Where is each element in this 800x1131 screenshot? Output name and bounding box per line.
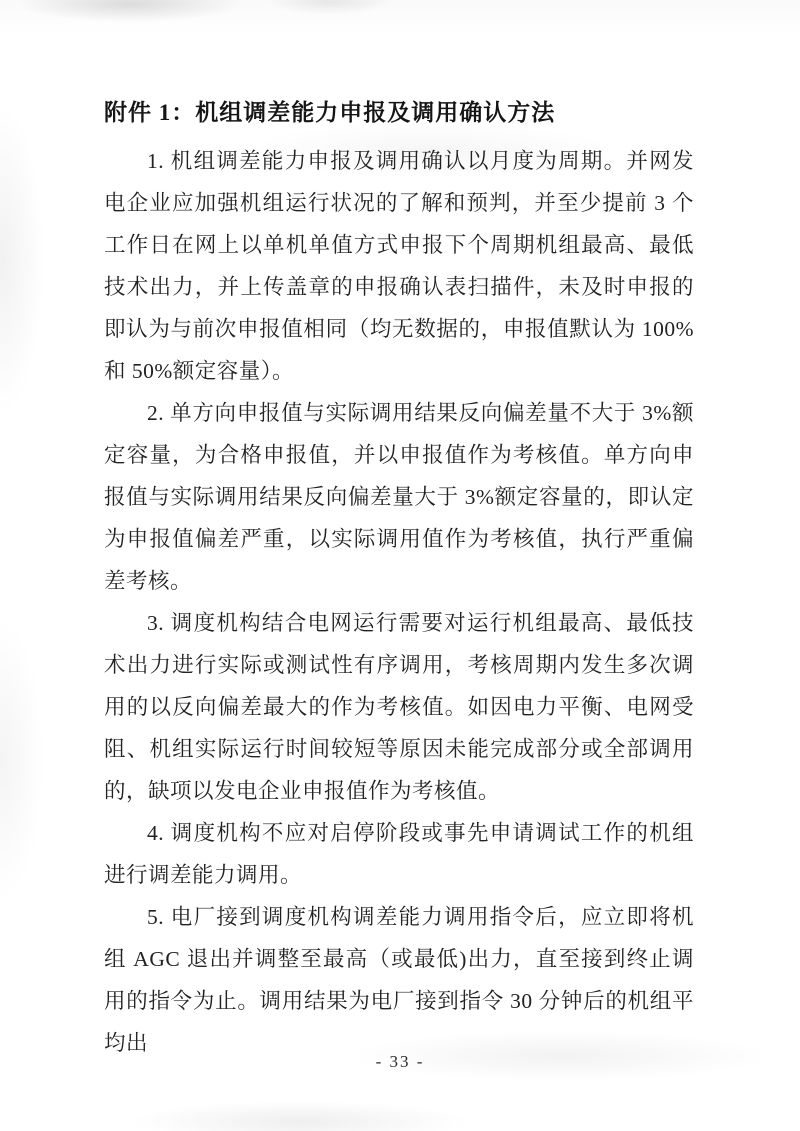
paragraph-5: 5. 电厂接到调度机构调差能力调用指令后，应立即将机组 AGC 退出并调整至最高… xyxy=(104,896,694,1064)
paragraph-4: 4. 调度机构不应对启停阶段或事先申请调试工作的机组进行调差能力调用。 xyxy=(104,812,694,896)
paragraph-1: 1. 机组调差能力申报及调用确认以月度为周期。并网发电企业应加强机组运行状况的了… xyxy=(104,140,694,392)
paragraph-2: 2. 单方向申报值与实际调用结果反向偏差量不大于 3%额定容量，为合格申报值，并… xyxy=(104,392,694,602)
document-page: 附件 1：机组调差能力申报及调用确认方法 1. 机组调差能力申报及调用确认以月度… xyxy=(0,0,800,1064)
paragraph-3: 3. 调度机构结合电网运行需要对运行机组最高、最低技术出力进行实际或测试性有序调… xyxy=(104,602,694,812)
page-title: 附件 1：机组调差能力申报及调用确认方法 xyxy=(104,98,694,128)
page-number: - 33 - xyxy=(0,1052,800,1072)
